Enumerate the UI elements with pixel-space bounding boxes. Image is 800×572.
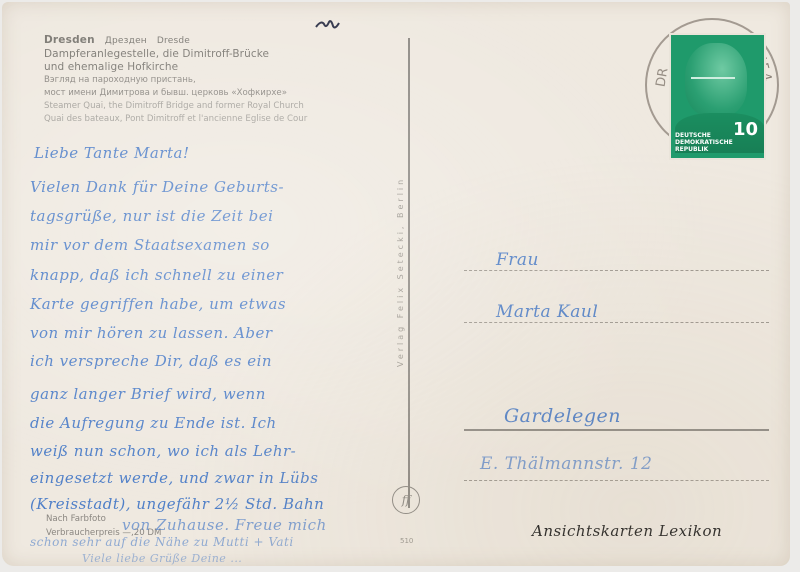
- address-name: Marta Kaul: [496, 302, 598, 322]
- address-street: E. Thälmannstr. 12: [480, 454, 652, 474]
- message-line: tagsgrüße, nur ist die Zeit bei: [30, 207, 273, 225]
- message-line: Karte gegriffen habe, um etwas: [30, 295, 286, 313]
- address-salutation: Frau: [496, 250, 539, 270]
- publisher-imprint: Verlag Felix Setecki, Berlin: [396, 177, 405, 367]
- message-line: die Aufregung zu Ende ist. Ich: [30, 414, 277, 432]
- message-line: von mir hören zu lassen. Aber: [30, 324, 273, 342]
- message-line: mir vor dem Staatsexamen so: [30, 236, 270, 254]
- watermark: Ansichtskarten Lexikon: [532, 522, 722, 540]
- caption-title-ru-2: мост имени Димитрова и бывш. церковь «Хо…: [44, 87, 307, 100]
- message-line: weiß nun schon, wo ich als Lehr-: [30, 442, 296, 460]
- address-line-city: [464, 429, 769, 431]
- postcard-back: DresdenДрезденDresde Dampferanlegestelle…: [2, 2, 790, 566]
- stamp-portrait-glasses: [691, 77, 735, 89]
- caption-title-en: Steamer Quai, the Dimitroff Bridge and f…: [44, 100, 307, 113]
- message-line: ich verspreche Dir, daß es ein: [30, 352, 272, 370]
- message-line: von Zuhause. Freue mich: [122, 516, 327, 534]
- postmark-text-left: DR: [653, 67, 671, 88]
- pen-scribble-icon: [315, 18, 341, 32]
- message-line: knapp, daß ich schnell zu einer: [30, 266, 283, 284]
- message-line: Liebe Tante Marta!: [34, 144, 189, 162]
- caption-title-fr: Quai des bateaux, Pont Dimitroff et l'an…: [44, 113, 307, 126]
- address-line-street: [464, 480, 769, 481]
- caption-city: DresdenДрезденDresde: [44, 34, 307, 48]
- message-line: Vielen Dank für Deine Geburts-: [30, 178, 284, 196]
- printed-caption: DresdenДрезденDresde Dampferanlegestelle…: [44, 34, 307, 126]
- print-number: 510: [400, 537, 413, 545]
- city-ru: Дрезден: [105, 36, 147, 46]
- stamp-country-line1: DEUTSCHE: [675, 132, 764, 139]
- message-line: eingesetzt werde, und zwar in Lübs: [30, 469, 318, 487]
- address-city: Gardelegen: [504, 405, 621, 427]
- city-fr: Dresde: [157, 36, 190, 46]
- caption-title-de-1: Dampferanlegestelle, die Dimitroff-Brück…: [44, 48, 307, 61]
- center-divider: [408, 38, 410, 508]
- stamp-country-line2: DEMOKRATISCHE REPUBLIK: [675, 139, 764, 153]
- publisher-logo: ff: [392, 486, 420, 514]
- city-de: Dresden: [44, 34, 95, 46]
- address-line-2: [464, 322, 769, 323]
- message-line: Viele liebe Grüße Deine ...: [82, 552, 242, 565]
- message-line: schon sehr auf die Nähe zu Mutti + Vati: [30, 535, 294, 549]
- message-line: ganz langer Brief wird, wenn: [30, 385, 266, 403]
- caption-title-ru-1: Вэгляд на пароходную пристань,: [44, 74, 307, 87]
- message-line: (Kreisstadt), ungefähr 2½ Std. Bahn: [30, 495, 324, 513]
- postage-stamp: 10 DEUTSCHE DEMOKRATISCHE REPUBLIK: [671, 35, 764, 158]
- caption-title-de-2: und ehemalige Hofkirche: [44, 61, 307, 74]
- address-line-1: [464, 270, 769, 271]
- stamp-country: DEUTSCHE DEMOKRATISCHE REPUBLIK: [675, 132, 764, 153]
